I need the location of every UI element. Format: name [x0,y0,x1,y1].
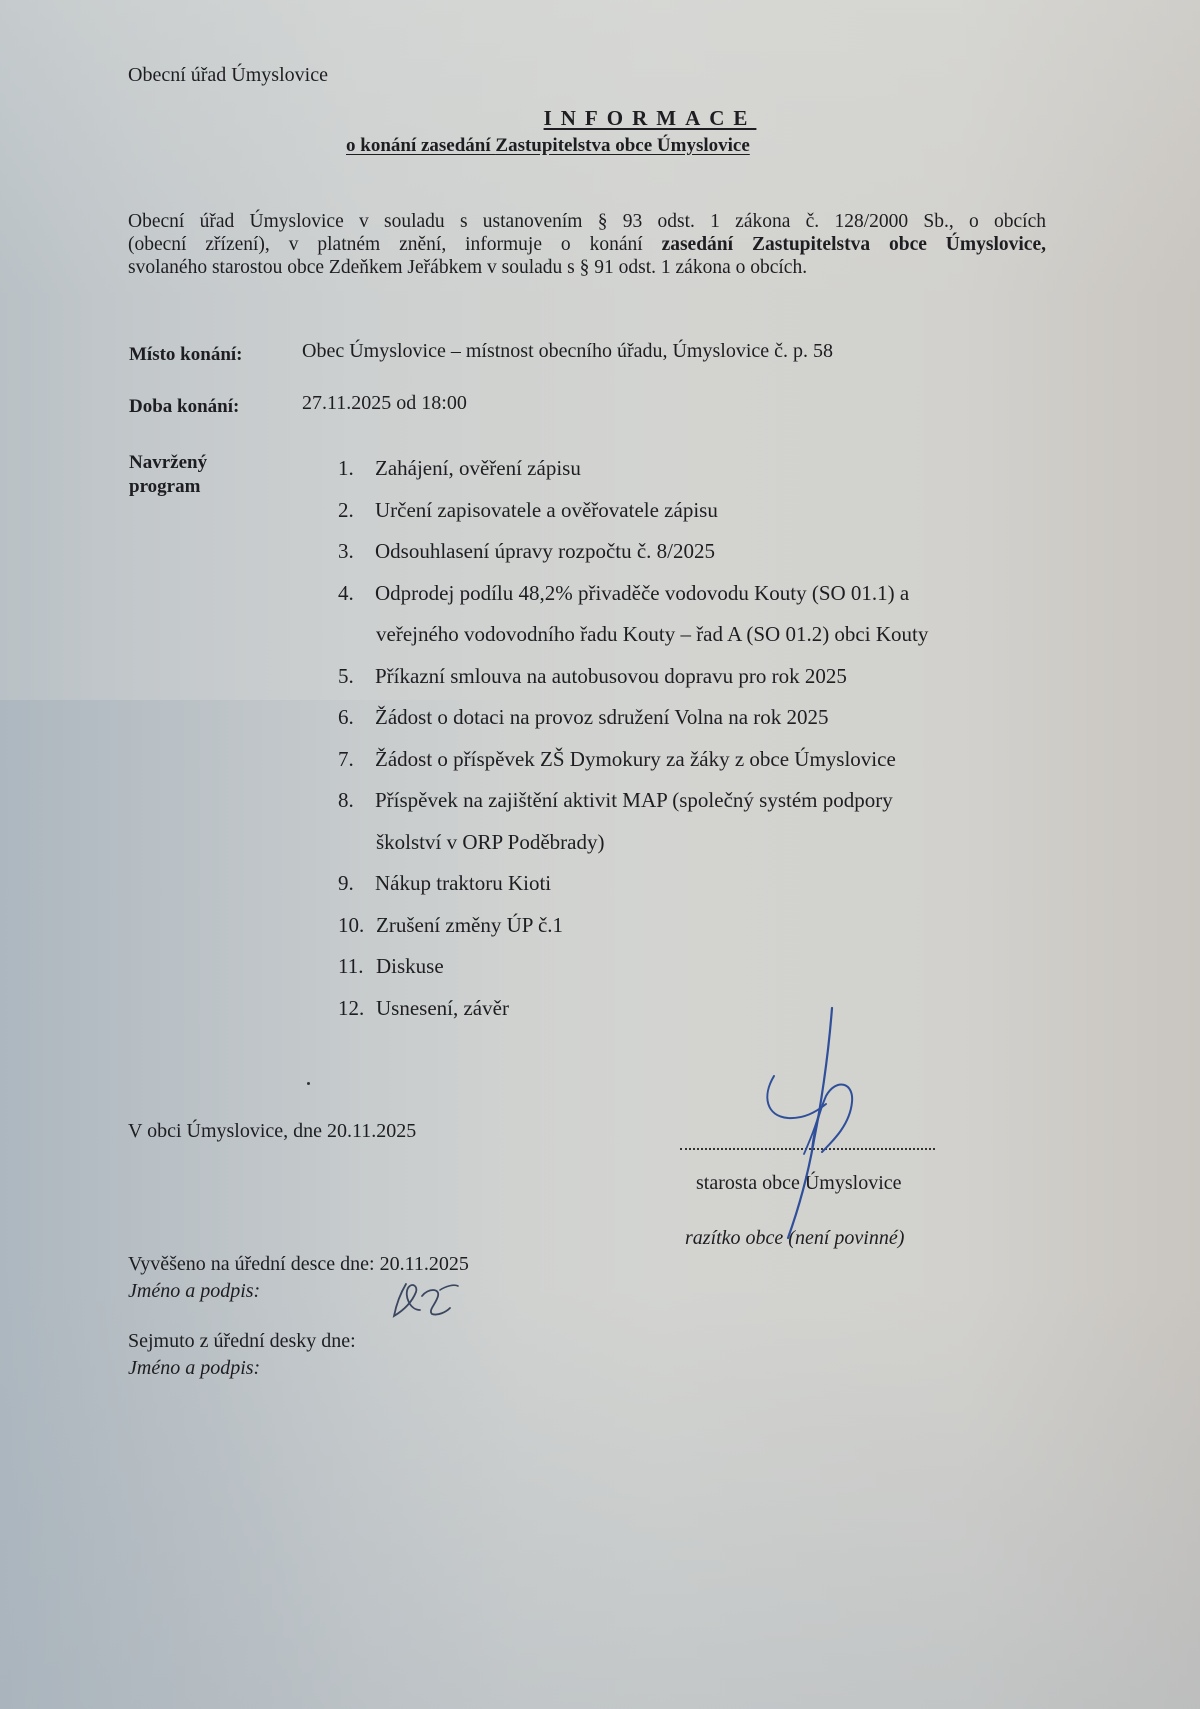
subtitle-underlined: Zastupitelstva obce Úmyslovice [495,135,749,156]
agenda-item-number: 11. [338,946,376,988]
agenda-item-text: Příkazní smlouva na autobusovou dopravu … [375,664,847,688]
agenda-item: 5.Příkazní smlouva na autobusovou doprav… [338,656,928,698]
document-subtitle: o konání zasedání Zastupitelstva obce Úm… [346,135,750,157]
subtitle-plain: o konání zasedání [346,135,495,156]
agenda-item: 6.Žádost o dotaci na provoz sdružení Vol… [338,697,928,739]
intro-line-3: svolaného starostou obce Zdeňkem Jeřábke… [128,256,1046,279]
agenda-item: 8.Příspěvek na zajištění aktivit MAP (sp… [338,780,928,822]
agenda-item: 2.Určení zapisovatele a ověřovatele zápi… [338,490,928,532]
mayor-signature [760,1000,880,1240]
agenda-item-text: Žádost o příspěvek ZŠ Dymokury za žáky z… [375,747,896,771]
agenda-item-text: Zahájení, ověření zápisu [375,456,581,480]
intro-line-2: (obecní zřízení), v platném znění, infor… [128,233,1046,256]
agenda-item: 3.Odsouhlasení úpravy rozpočtu č. 8/2025 [338,531,928,573]
agenda-item-number: 6. [338,697,375,739]
office-name: Obecní úřad Úmyslovice [128,64,328,87]
program-label: Navržený program [129,451,249,499]
document-title-text: INFORMACE [544,106,757,130]
agenda-item-text: Žádost o dotaci na provoz sdružení Volna… [375,705,829,729]
agenda-item-number: 7. [338,739,375,781]
agenda-item-text: Diskuse [376,954,444,978]
posted-signature [390,1280,460,1320]
time-value: 27.11.2025 od 18:00 [302,392,467,415]
agenda-item: 7.Žádost o příspěvek ZŠ Dymokury za žáky… [338,739,928,781]
program-label-line-1: Navržený [129,451,249,475]
removed-line: Sejmuto z úřední desky dne: [128,1330,356,1353]
program-label-line-2: program [129,475,249,499]
place-label: Místo konání: [129,344,243,366]
agenda-item-text: Usnesení, závěr [376,996,509,1020]
agenda-item-number: 10. [338,905,376,947]
removed-signature-label: Jméno a podpis: [128,1357,260,1380]
intro-paragraph: Obecní úřad Úmyslovice v souladu s ustan… [128,210,1046,279]
agenda-item-text: Odprodej podílu 48,2% přivaděče vodovodu… [375,581,909,605]
intro-line-1: Obecní úřad Úmyslovice v souladu s ustan… [128,210,1046,233]
agenda-item-number: 12. [338,988,376,1030]
posted-signature-label: Jméno a podpis: [128,1280,260,1303]
agenda-item: 1.Zahájení, ověření zápisu [338,448,928,490]
document-title: INFORMACE [0,106,1200,131]
place-value: Obec Úmyslovice – místnost obecního úřad… [302,340,833,363]
agenda-item-number: 1. [338,448,375,490]
agenda-item-number: 3. [338,531,375,573]
agenda-item: 9.Nákup traktoru Kioti [338,863,928,905]
agenda-item-number: 2. [338,490,375,532]
agenda-item-number: 5. [338,656,375,698]
intro-line-2-bold: zasedání Zastupitelstva obce Úmyslovice, [662,234,1046,255]
agenda-item-continuation: veřejného vodovodního řadu Kouty – řad A… [338,614,928,656]
agenda-item-number: 4. [338,573,375,615]
agenda-item-text: Určení zapisovatele a ověřovatele zápisu [375,498,718,522]
stray-dot [307,1082,310,1085]
intro-line-2-text: (obecní zřízení), v platném znění, infor… [128,234,662,255]
agenda-item: 11.Diskuse [338,946,928,988]
time-label: Doba konání: [129,396,239,418]
agenda-item: 4.Odprodej podílu 48,2% přivaděče vodovo… [338,573,928,615]
agenda-item-text: Nákup traktoru Kioti [375,871,551,895]
agenda-item-number: 8. [338,780,375,822]
posted-line: Vyvěšeno na úřední desce dne: 20.11.2025 [128,1253,469,1276]
date-line: V obci Úmyslovice, dne 20.11.2025 [128,1120,416,1143]
agenda-item-text: Příspěvek na zajištění aktivit MAP (spol… [375,788,893,812]
agenda-list: 1.Zahájení, ověření zápisu2.Určení zapis… [338,448,928,1029]
agenda-item-text: Zrušení změny ÚP č.1 [376,913,563,937]
agenda-item-continuation: školství v ORP Poděbrady) [338,822,928,864]
agenda-item-text: Odsouhlasení úpravy rozpočtu č. 8/2025 [375,539,715,563]
agenda-item: 10.Zrušení změny ÚP č.1 [338,905,928,947]
agenda-item-number: 9. [338,863,375,905]
